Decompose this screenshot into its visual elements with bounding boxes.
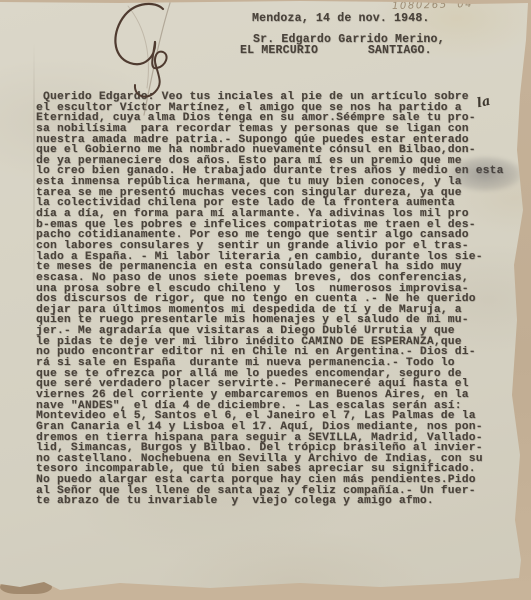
dateline: Mendoza, 14 de nov. 1948. [252, 12, 430, 25]
monogram-g-handwriting [100, 0, 195, 125]
letter-body: Querido Edgardo: Veo tus inciales al pie… [36, 92, 504, 507]
paper-crease [33, 40, 35, 310]
letter-line: sa nobilísima para recordar temas y pers… [36, 124, 504, 135]
letter-line: viernes 26 del corriente y embarcaremos … [36, 390, 504, 401]
letter-line: te abrazo de tu invariable y viejo coleg… [36, 496, 504, 507]
handwritten-la: la [476, 94, 492, 111]
letter-page: 1080265 04 Mendoza, 14 de nov. 1948. Sr.… [0, 0, 531, 600]
letter-line: escasa. No paso de unos siete poemas bre… [36, 273, 504, 284]
letter-line: con labores consulares y sentir un grand… [36, 241, 504, 252]
scanned-letter: 1080265 04 Mendoza, 14 de nov. 1948. Sr.… [0, 0, 531, 600]
organization-line: EL MERCURIO SANTIAGO. [240, 44, 432, 57]
letter-line: Gran Canaria el 14 y Lisboa el 17. Aquí,… [36, 422, 504, 433]
ink-smudge [447, 156, 523, 192]
pencil-archive-number: 1080265 04 [392, 0, 473, 12]
